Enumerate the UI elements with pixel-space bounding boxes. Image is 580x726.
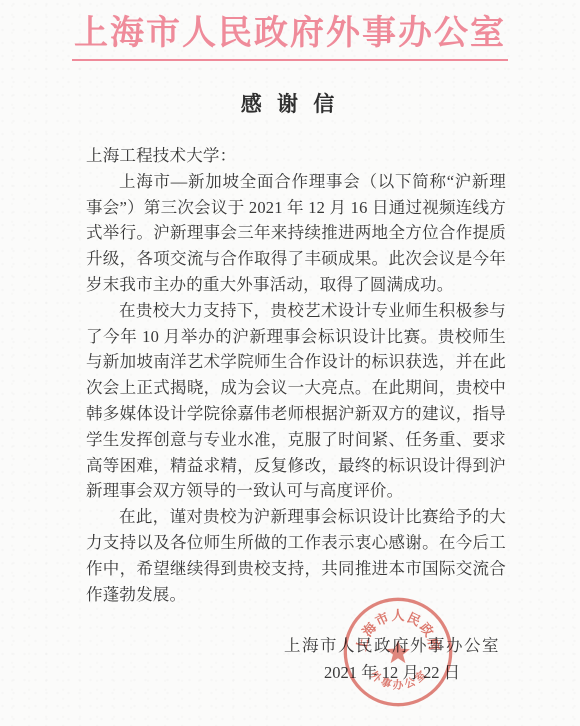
body-paragraph: 在贵校大力支持下，贵校艺术设计专业师生积极参与了今年 10 月举办的沪新理事会标… (86, 298, 506, 504)
body-paragraph: 在此，谨对贵校为沪新理事会标识设计比赛给予的大力支持以及各位师生所做的工作表示衷… (86, 504, 506, 607)
seal-ring-bottom-text: 外事办公室 (367, 668, 428, 692)
letterhead-divider (72, 59, 508, 61)
seal-star-icon (386, 640, 410, 663)
svg-text:政: 政 (417, 620, 437, 640)
official-seal: 上海市人民政府 外事办公室 (340, 594, 456, 710)
letter-body: 上海工程技术大学： 上海市—新加坡全面合作理事会（以下简称“沪新理事会”）第三次… (86, 143, 506, 607)
svg-text:办: 办 (393, 679, 404, 692)
svg-text:上: 上 (354, 636, 371, 652)
svg-text:市: 市 (373, 610, 391, 629)
salutation: 上海工程技术大学： (86, 143, 506, 169)
svg-text:府: 府 (425, 636, 442, 652)
letterhead: 上海市人民政府外事办公室 (0, 0, 580, 61)
document-title: 感 谢 信 (0, 89, 580, 119)
letterhead-org-title: 上海市人民政府外事办公室 (0, 12, 580, 56)
svg-text:人: 人 (391, 608, 404, 623)
letter-page: 上海市人民政府外事办公室 感 谢 信 上海工程技术大学： 上海市—新加坡全面合作… (0, 0, 580, 726)
body-paragraph: 上海市—新加坡全面合作理事会（以下简称“沪新理事会”）第三次会议于 2021 年… (86, 169, 506, 298)
